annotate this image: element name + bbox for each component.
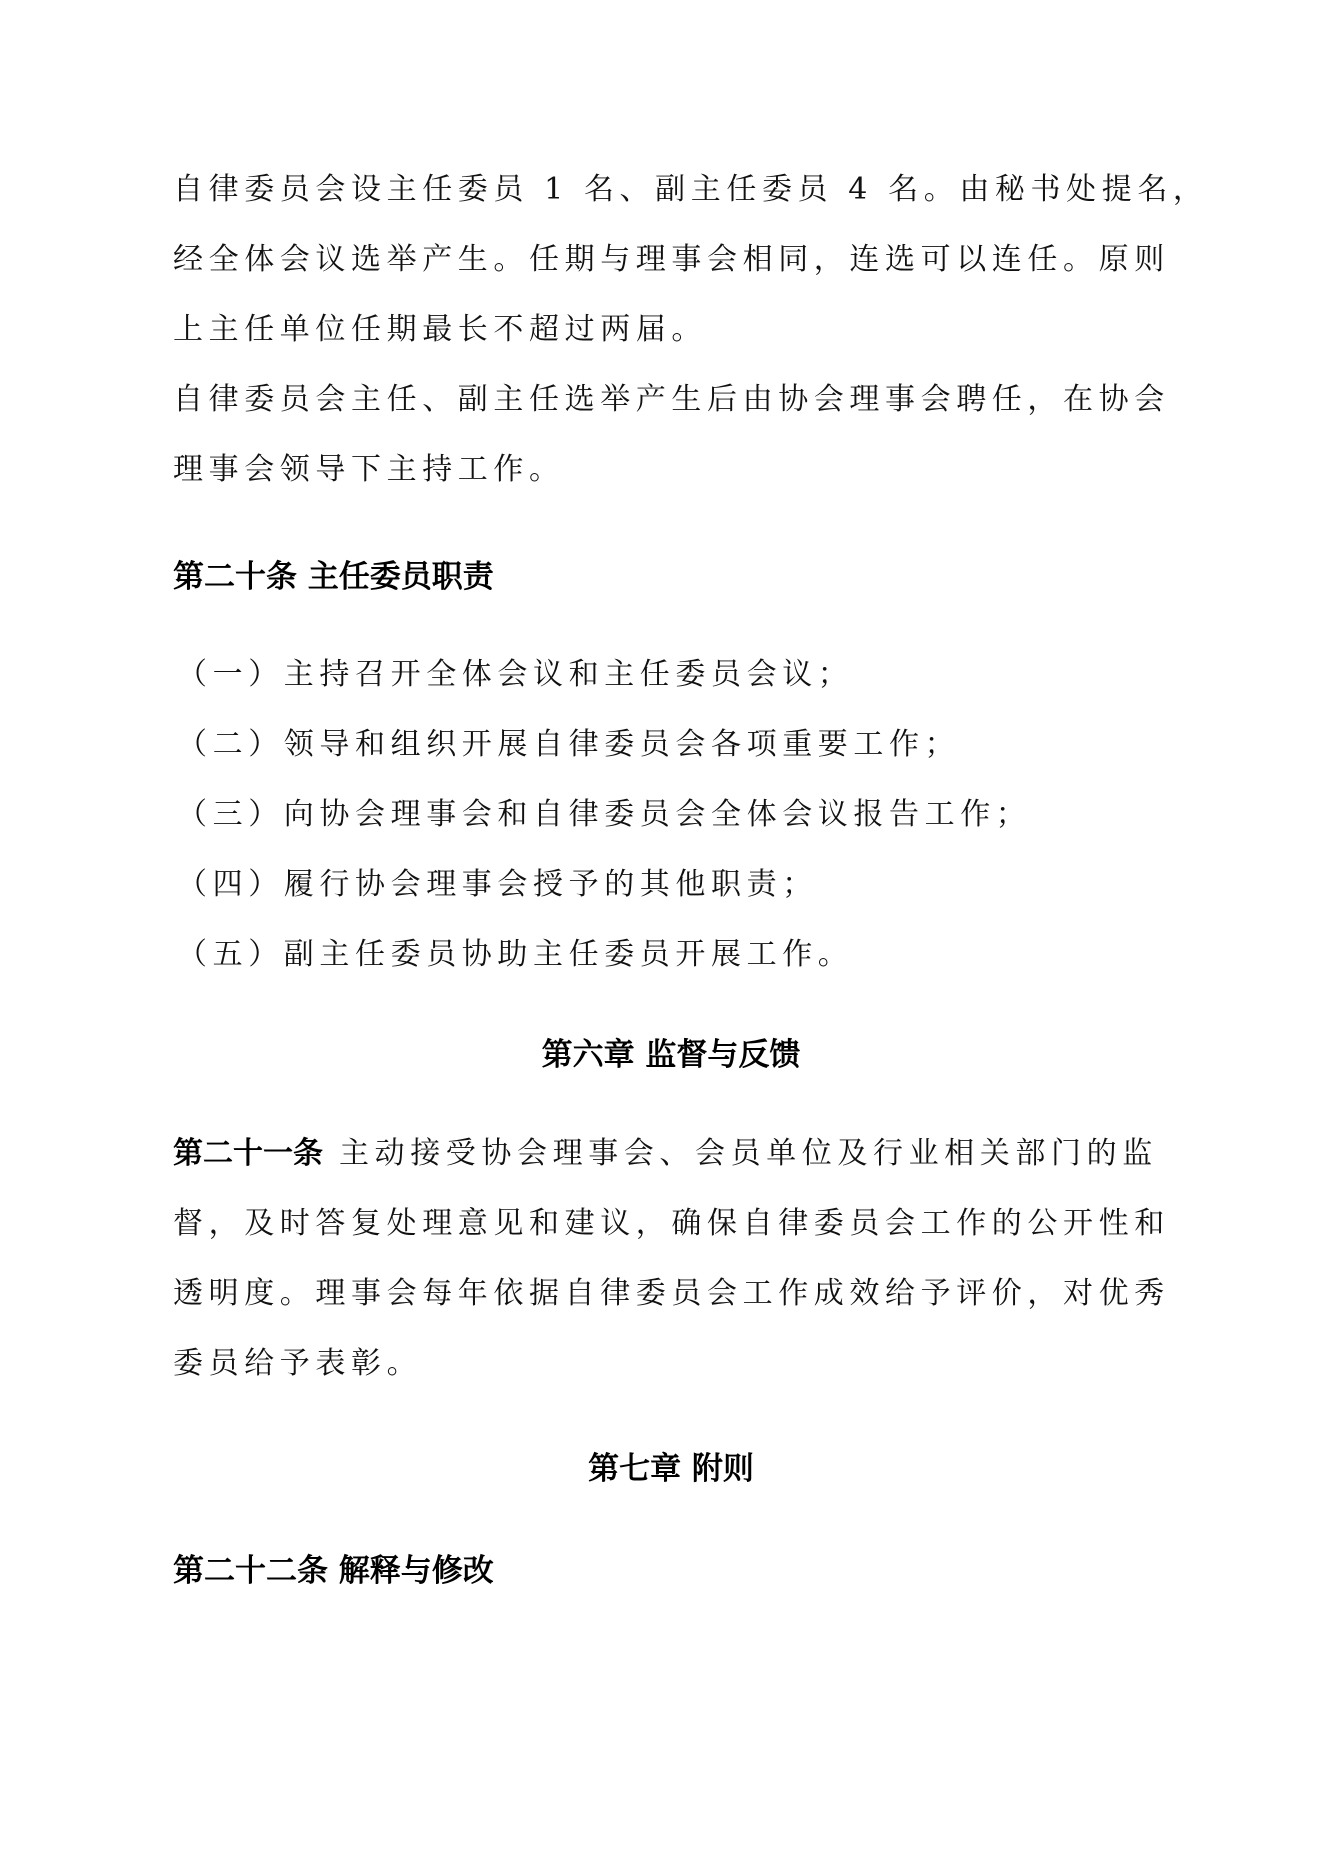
article-20-item-3: （三）向协会理事会和自律委员会全体会议报告工作；	[177, 797, 1031, 833]
chapter-6-title: 第六章 监督与反馈	[173, 1036, 1169, 1074]
article-21-label: 第二十一条	[173, 1136, 323, 1171]
article-21-line-1-text: 主动接受协会理事会、会员单位及行业相关部门的监	[339, 1136, 1158, 1171]
article-20-item-2: （二）领导和组织开展自律委员会各项重要工作；	[177, 727, 960, 763]
intro-paragraph-line-3: 上主任单位任期最长不超过两届。	[173, 312, 707, 348]
article-21-line-1: 第二十一条主动接受协会理事会、会员单位及行业相关部门的监	[173, 1136, 1158, 1172]
article-21-line-2: 督，及时答复处理意见和建议，确保自律委员会工作的公开性和	[173, 1206, 1170, 1242]
article-22-heading: 第二十二条 解释与修改	[173, 1552, 494, 1590]
article-20-item-1: （一）主持召开全体会议和主任委员会议；	[177, 657, 853, 693]
intro-paragraph-line-2: 经全体会议选举产生。任期与理事会相同，连选可以连任。原则	[173, 242, 1170, 278]
intro-paragraph-line-1: 自律委员会设主任委员 1 名、副主任委员 4 名。由秘书处提名，	[173, 172, 1209, 208]
article-20-item-5: （五）副主任委员协助主任委员开展工作。	[177, 937, 853, 973]
article-21-line-4: 委员给予表彰。	[173, 1346, 422, 1382]
appointment-paragraph-line-2: 理事会领导下主持工作。	[173, 452, 565, 488]
article-20-item-4: （四）履行协会理事会授予的其他职责；	[177, 867, 818, 903]
article-20-heading: 第二十条 主任委员职责	[173, 558, 494, 596]
appointment-paragraph-line-1: 自律委员会主任、副主任选举产生后由协会理事会聘任，在协会	[173, 382, 1170, 418]
chapter-7-title: 第七章 附则	[173, 1450, 1169, 1488]
article-21-line-3: 透明度。理事会每年依据自律委员会工作成效给予评价，对优秀	[173, 1276, 1170, 1312]
